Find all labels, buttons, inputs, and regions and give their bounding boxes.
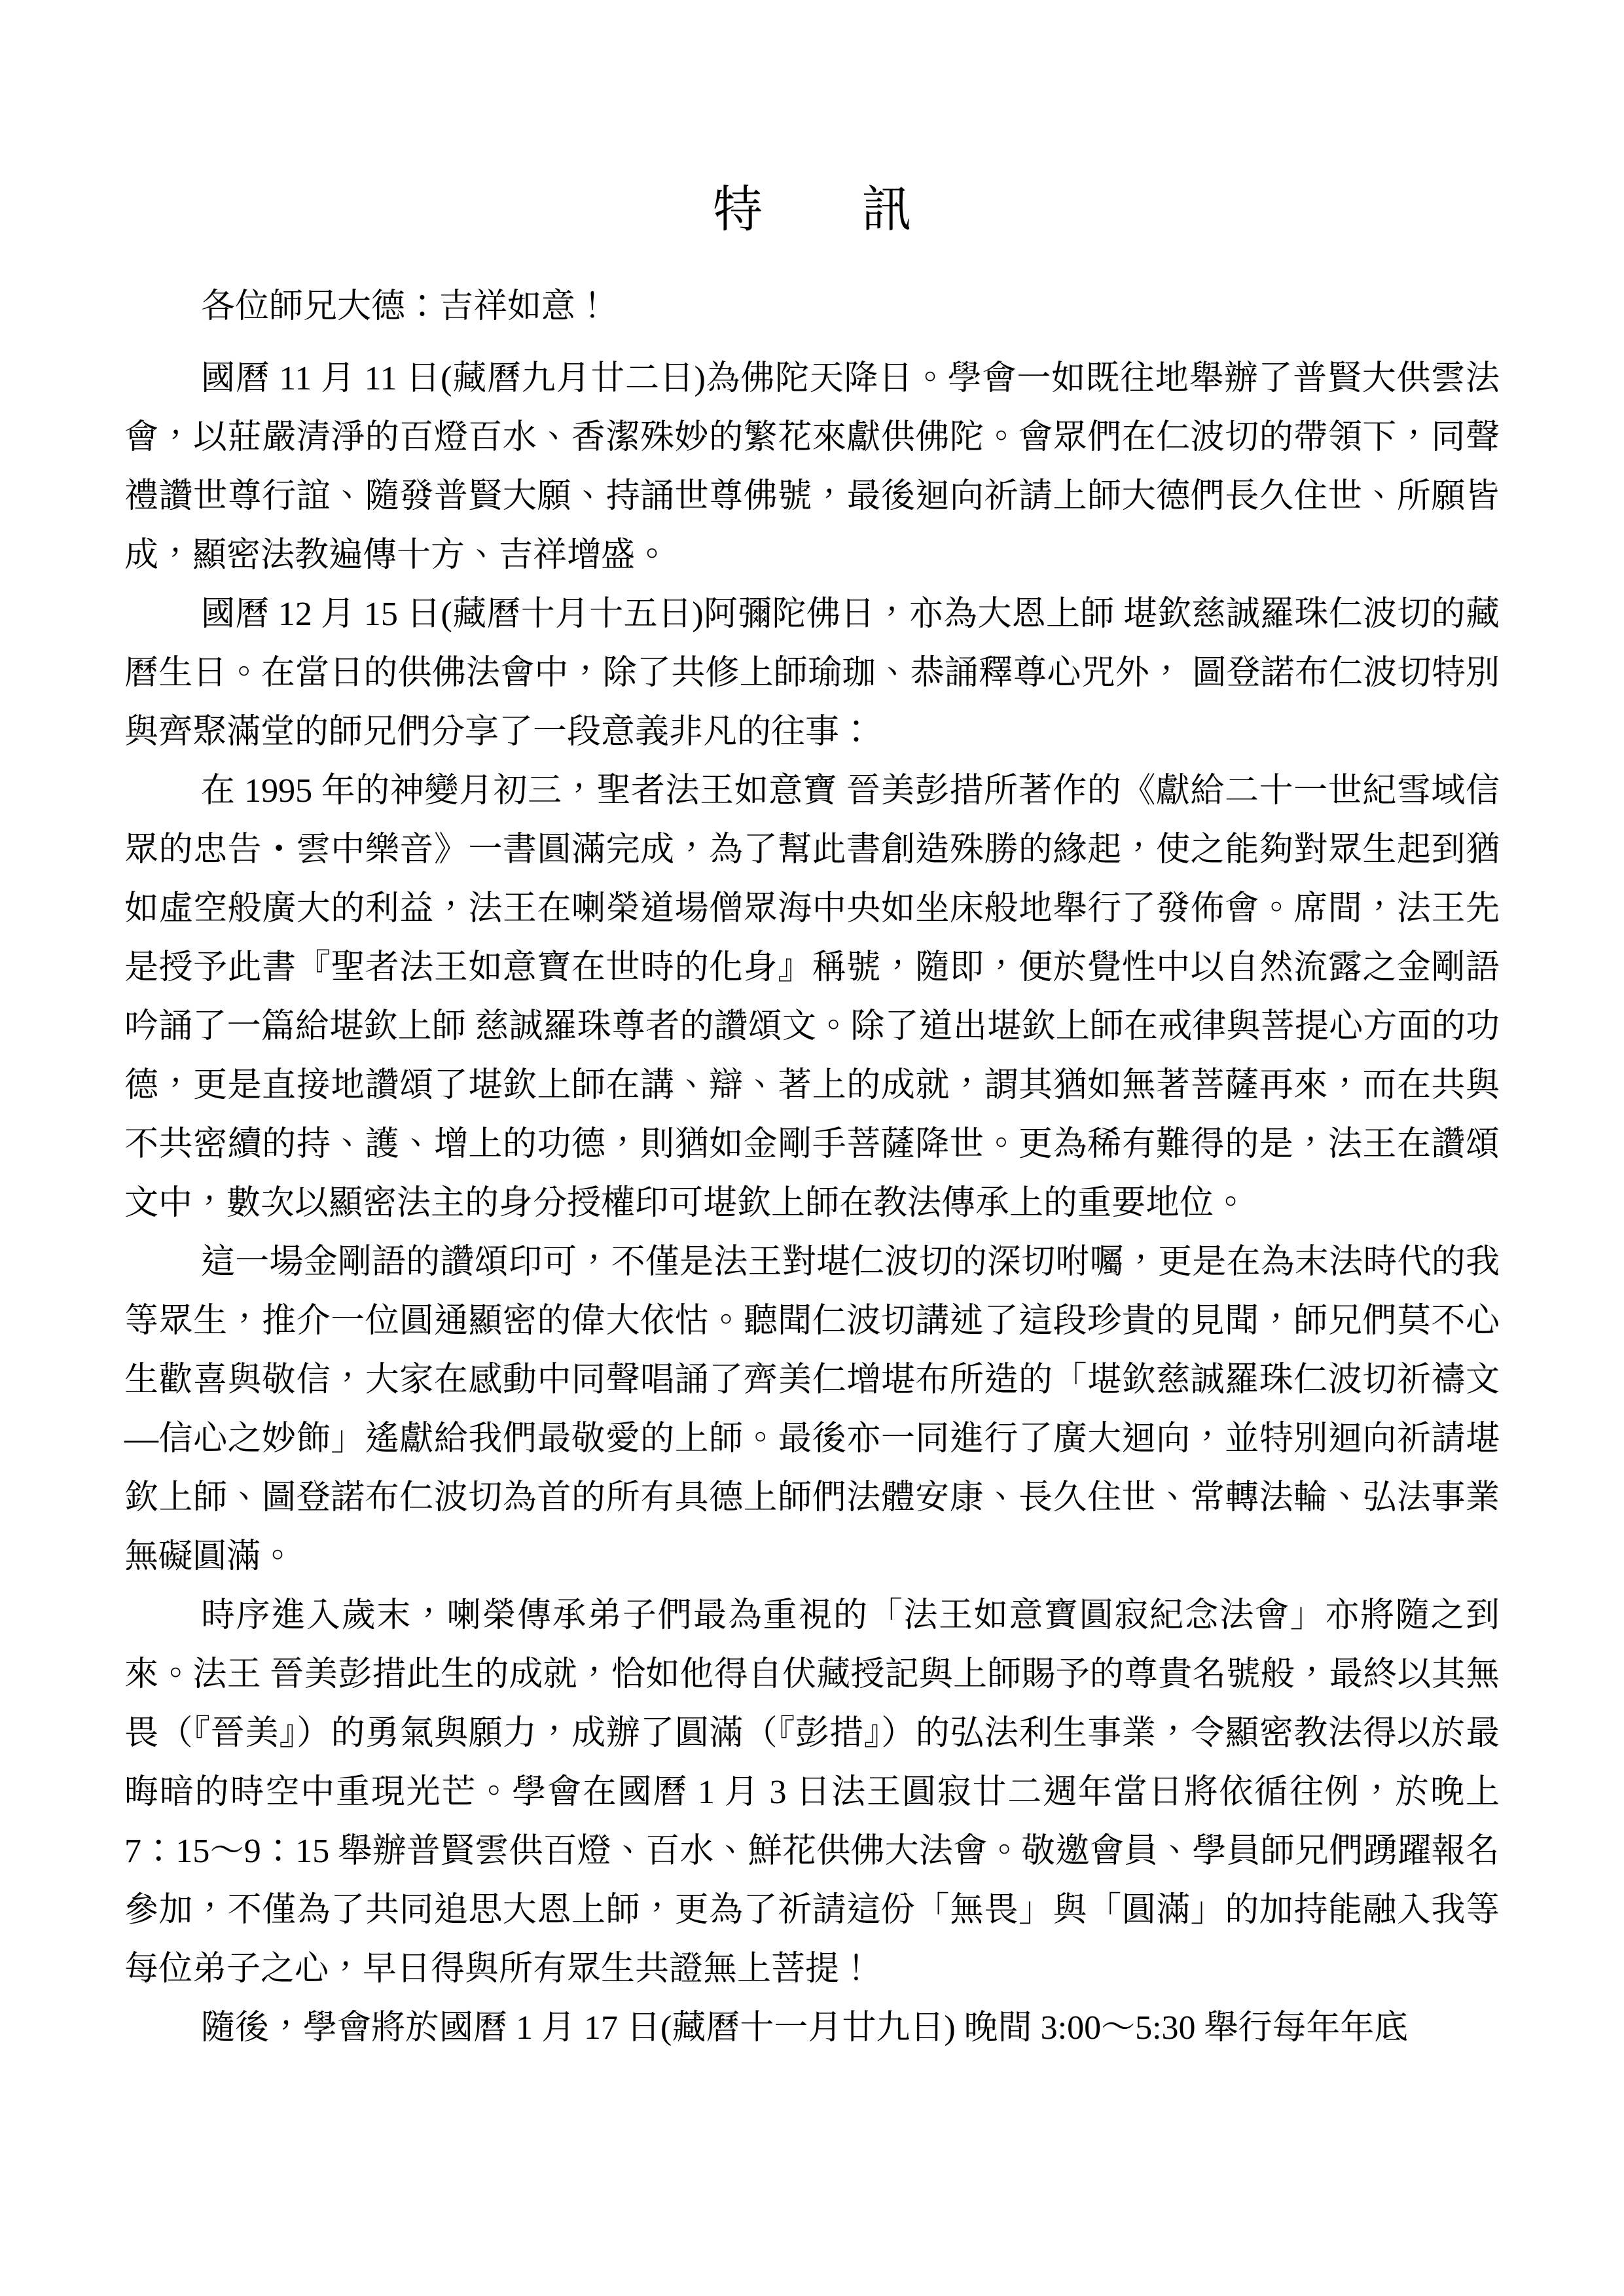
- body-paragraph-5: 時序進入歲末，喇榮傳承弟子們最為重視的「法王如意寶圓寂紀念法會」亦將隨之到來。法…: [124, 1587, 1500, 1999]
- greeting-line: 各位師兄大德：吉祥如意！: [124, 278, 1500, 336]
- body-paragraph-4: 這一場金剛語的讚頌印可，不僅是法王對堪仁波切的深切咐囑，更是在為末法時代的我等眾…: [124, 1233, 1500, 1587]
- body-paragraph-6: 隨後，學會將於國曆 1 月 17 日(藏曆十一月廿九日) 晚間 3:00～5:3…: [124, 1999, 1500, 2058]
- document-page: 特 訊 各位師兄大德：吉祥如意！ 國曆 11 月 11 日(藏曆九月廿二日)為佛…: [0, 0, 1624, 2296]
- body-paragraph-1: 國曆 11 月 11 日(藏曆九月廿二日)為佛陀天降日。學會一如既往地舉辦了普賢…: [124, 350, 1500, 585]
- page-title: 特 訊: [124, 183, 1500, 238]
- body-paragraph-2: 國曆 12 月 15 日(藏曆十月十五日)阿彌陀佛日，亦為大恩上師 堪欽慈誠羅珠…: [124, 585, 1500, 762]
- document-body: 國曆 11 月 11 日(藏曆九月廿二日)為佛陀天降日。學會一如既往地舉辦了普賢…: [124, 350, 1500, 2058]
- body-paragraph-3: 在 1995 年的神變月初三，聖者法王如意寶 晉美彭措所著作的《獻給二十一世紀雪…: [124, 762, 1500, 1233]
